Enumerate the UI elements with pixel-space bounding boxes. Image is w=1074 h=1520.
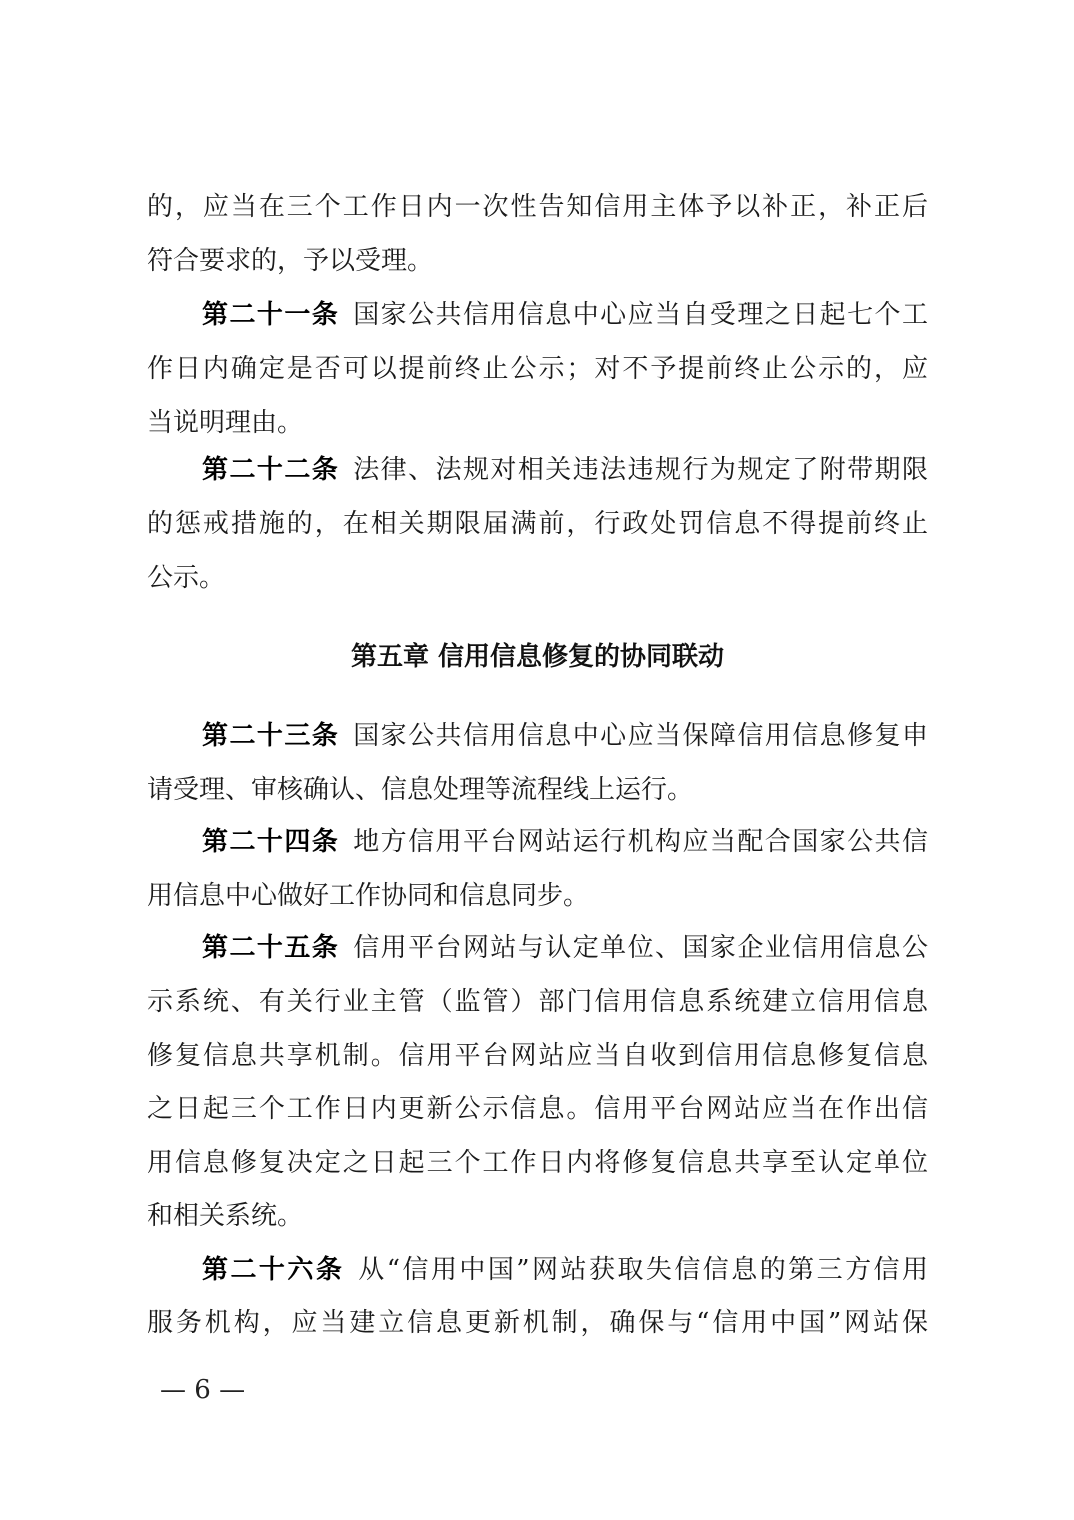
article-21-line-1: 第二十一条国家公共信用信息中心应当自受理之日起七个工 — [202, 295, 928, 335]
text-line: 公示。 — [147, 558, 928, 598]
article-label: 第二十一条 — [202, 300, 339, 330]
text-span: 国家公共信用信息中心应当自受理之日起七个工 — [353, 300, 928, 330]
text-line: 符合要求的，予以受理。 — [147, 241, 928, 281]
article-label: 第二十二条 — [202, 455, 339, 485]
article-label: 第二十四条 — [202, 827, 339, 857]
article-23-line-1: 第二十三条国家公共信用信息中心应当保障信用信息修复申 — [202, 716, 928, 756]
text-line: 的惩戒措施的，在相关期限届满前，行政处罚信息不得提前终止 — [147, 504, 928, 544]
article-22-line-1: 第二十二条法律、法规对相关违法违规行为规定了附带期限 — [202, 450, 928, 490]
text-span: 法律、法规对相关违法违规行为规定了附带期限 — [353, 455, 928, 485]
text-span: 信用平台网站与认定单位、国家企业信用信息公 — [353, 933, 928, 963]
text-span: 地方信用平台网站运行机构应当配合国家公共信 — [353, 827, 928, 857]
text-line: 的，应当在三个工作日内一次性告知信用主体予以补正，补正后 — [147, 187, 928, 227]
article-label: 第二十六条 — [202, 1255, 344, 1285]
article-25-line-1: 第二十五条信用平台网站与认定单位、国家企业信用信息公 — [202, 928, 928, 968]
text-line: 示系统、有关行业主管（监管）部门信用信息系统建立信用信息 — [147, 982, 928, 1022]
page-number: — 6 — — [160, 1375, 245, 1405]
text-line: 用信息中心做好工作协同和信息同步。 — [147, 876, 928, 916]
text-line: 当说明理由。 — [147, 403, 928, 443]
text-line: 修复信息共享机制。信用平台网站应当自收到信用信息修复信息 — [147, 1036, 928, 1076]
text-line: 作日内确定是否可以提前终止公示；对不予提前终止公示的，应 — [147, 349, 928, 389]
text-line: 和相关系统。 — [147, 1196, 928, 1236]
text-line: 服务机构，应当建立信息更新机制，确保与“信用中国”网站保 — [147, 1303, 928, 1343]
text-span: 国家公共信用信息中心应当保障信用信息修复申 — [353, 721, 928, 751]
article-label: 第二十五条 — [202, 933, 339, 963]
text-span: 从“信用中国”网站获取失信信息的第三方信用 — [358, 1255, 928, 1285]
article-26-line-1: 第二十六条从“信用中国”网站获取失信信息的第三方信用 — [202, 1250, 928, 1290]
chapter-heading: 第五章 信用信息修复的协同联动 — [147, 637, 928, 677]
text-line: 请受理、审核确认、信息处理等流程线上运行。 — [147, 770, 928, 810]
text-line: 之日起三个工作日内更新公示信息。信用平台网站应当在作出信 — [147, 1089, 928, 1129]
article-24-line-1: 第二十四条地方信用平台网站运行机构应当配合国家公共信 — [202, 822, 928, 862]
article-label: 第二十三条 — [202, 721, 339, 751]
text-line: 用信息修复决定之日起三个工作日内将修复信息共享至认定单位 — [147, 1143, 928, 1183]
